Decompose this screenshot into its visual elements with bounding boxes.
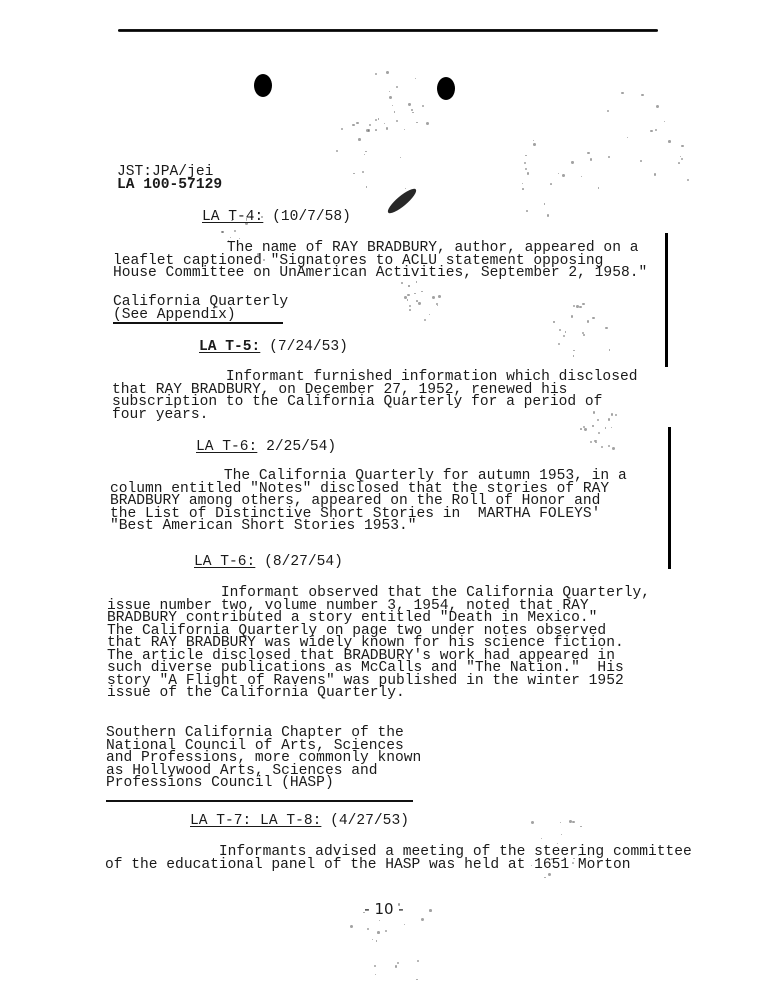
document-page: JST:JPA/jei LA 100-57129 LA T-4: (10/7/5… [0, 0, 768, 994]
subject-caption: Southern California Chapter of the Natio… [106, 727, 421, 790]
paragraph: The name of RAY BRADBURY, author, appear… [113, 242, 647, 280]
margin-bar [668, 427, 671, 569]
informant-id: LA T-6: [194, 554, 255, 570]
subject-caption: California Quarterly (See Appendix) [113, 296, 288, 321]
top-rule [118, 29, 658, 32]
informant-heading: LA T-7: LA T-8: (4/27/53) [190, 814, 409, 828]
informant-id: LA T-7: LA T-8: [190, 813, 321, 829]
scan-smudge [385, 186, 419, 217]
caption-rule [113, 322, 283, 324]
paragraph: Informants advised a meeting of the stee… [105, 846, 692, 871]
punch-hole [254, 74, 272, 97]
informant-id: LA T-6: [196, 439, 257, 455]
informant-id: LA T-5: [199, 339, 260, 355]
punch-hole [437, 77, 455, 100]
page-number: - 10 - [0, 900, 768, 918]
paragraph: Informant furnished information which di… [112, 371, 637, 421]
margin-bar [665, 233, 668, 367]
paragraph: Informant observed that the California Q… [107, 587, 650, 700]
informant-date: 2/25/54) [266, 439, 336, 455]
informant-date: (10/7/58) [272, 209, 351, 225]
informant-heading: LA T-6: (8/27/54) [194, 555, 343, 569]
informant-heading: LA T-4: (10/7/58) [202, 210, 351, 224]
informant-date: (7/24/53) [269, 339, 348, 355]
paragraph: The California Quarterly for autumn 1953… [110, 470, 627, 533]
informant-date: (8/27/54) [264, 554, 343, 570]
file-number: LA 100-57129 [117, 179, 222, 192]
informant-date: (4/27/53) [330, 813, 409, 829]
caption-rule [106, 800, 413, 802]
informant-id: LA T-4: [202, 209, 263, 225]
informant-heading: LA T-5: (7/24/53) [199, 340, 348, 354]
informant-heading: LA T-6: 2/25/54) [196, 440, 336, 454]
